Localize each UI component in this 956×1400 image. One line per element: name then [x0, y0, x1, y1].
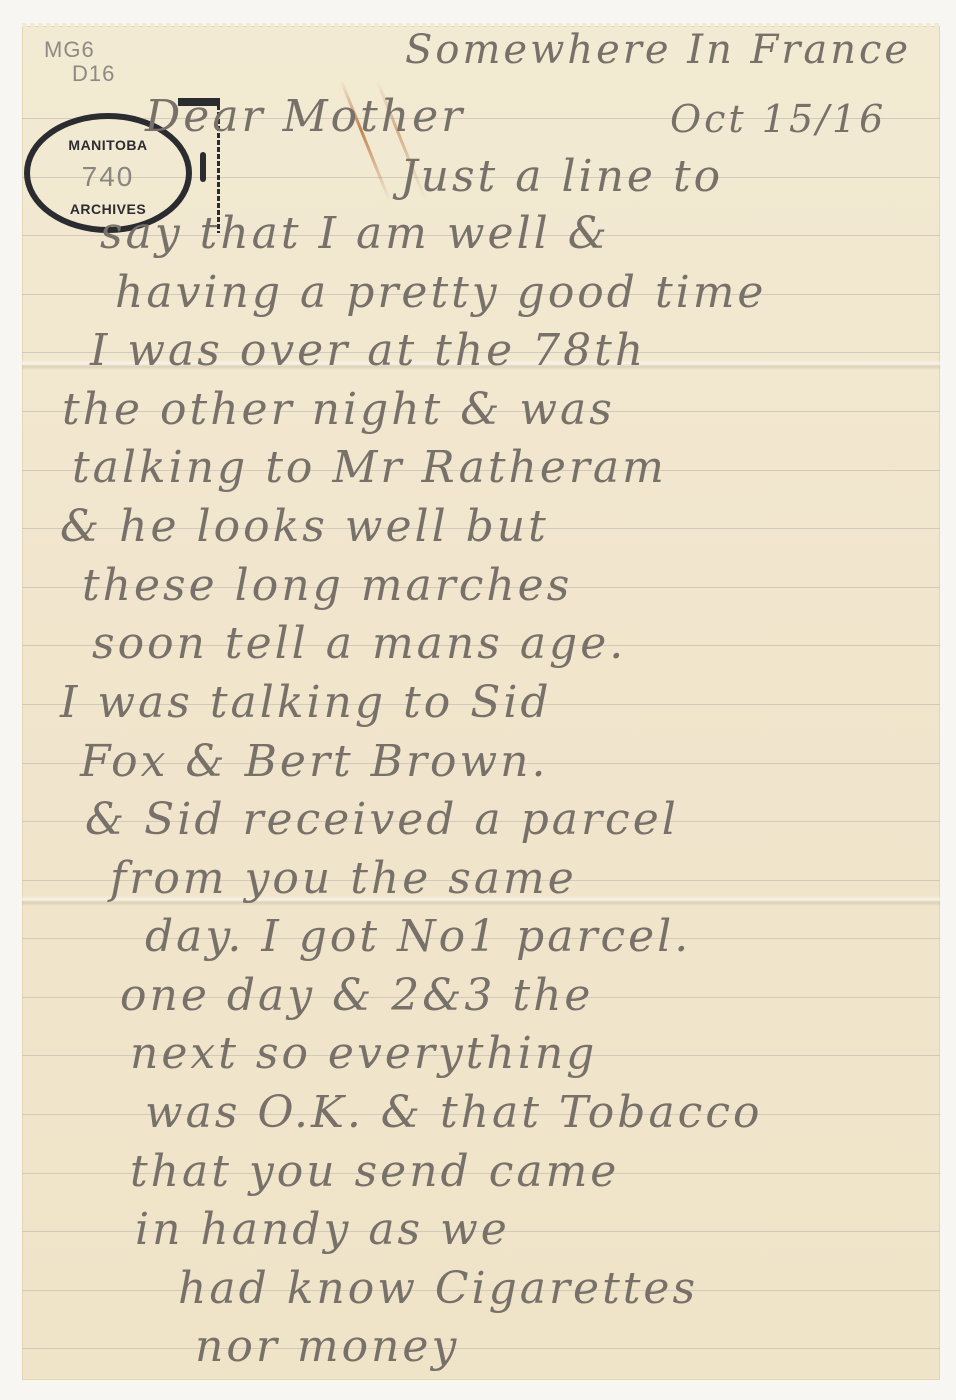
letter-line: from you the same	[110, 857, 577, 901]
letter-line: one day & 2&3 the	[120, 974, 593, 1018]
letter-line: these long marches	[82, 564, 572, 608]
letter-line: nor money	[195, 1325, 459, 1369]
letter-line: day. I got No1 parcel.	[145, 915, 691, 959]
letter-line: say that I am well &	[100, 212, 610, 256]
letter-line: soon tell a mans age.	[92, 622, 626, 666]
letter-line: was O.K. & that Tobacco	[145, 1091, 762, 1135]
letter-date: Oct 15/16	[670, 100, 886, 138]
catalog-code-line: MG6	[44, 38, 115, 62]
letter-line: in handy as we	[135, 1208, 510, 1252]
letter-line: I was talking to Sid	[60, 681, 552, 725]
catalog-code: MG6 D16	[44, 38, 115, 86]
letter-line: & he looks well but	[60, 505, 549, 549]
letter-line: next so everything	[130, 1032, 597, 1076]
letter-line: that you send came	[130, 1150, 619, 1194]
letter-line: & Sid received a parcel	[85, 798, 679, 842]
rule-line	[22, 1348, 940, 1349]
catalog-code-line: D16	[44, 62, 115, 86]
stamp-ink-mark	[200, 152, 206, 182]
letter-line: talking to Mr Ratheram	[72, 446, 667, 490]
stamp-number: 740	[30, 161, 186, 193]
letter-salutation: Dear Mother	[145, 95, 465, 139]
letter-line: had know Cigarettes	[178, 1267, 698, 1311]
letter-line: Fox & Bert Brown.	[80, 740, 548, 784]
letter-line: I was over at the 78th	[90, 329, 646, 373]
letter-line: the other night & was	[62, 388, 615, 432]
letter-line: having a pretty good time	[115, 271, 766, 315]
letter-place: Somewhere In France	[405, 30, 911, 70]
letter-line: Just a line to	[400, 155, 723, 199]
